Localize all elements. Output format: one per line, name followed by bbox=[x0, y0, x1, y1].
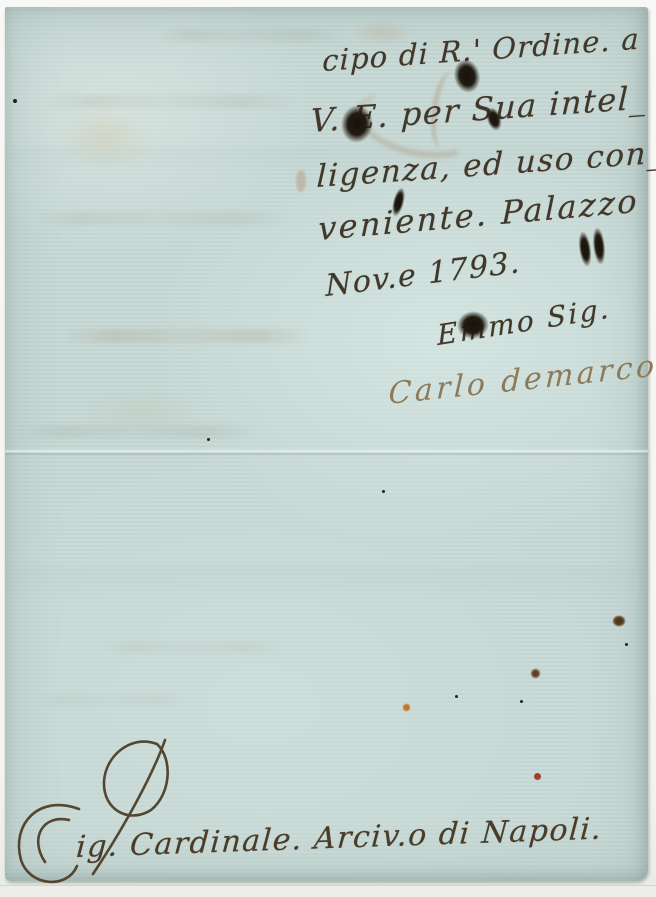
speck bbox=[625, 643, 628, 646]
letter-date-line: Nov.e 1793. bbox=[325, 245, 522, 304]
stain-yellow bbox=[55, 105, 155, 171]
ink-blot bbox=[577, 230, 594, 267]
ink-blot bbox=[591, 226, 607, 265]
paper-sheet: cipo di R.' Ordine. a V. E. per Sua inte… bbox=[5, 7, 648, 881]
speck bbox=[382, 490, 385, 493]
bleedthrough-streak bbox=[60, 329, 310, 343]
speck bbox=[207, 438, 210, 441]
bleedthrough-streak bbox=[33, 212, 293, 225]
scan-background: cipo di R.' Ordine. a V. E. per Sua inte… bbox=[0, 0, 656, 897]
stain-brown-spot bbox=[530, 668, 541, 679]
bleedthrough-streak bbox=[100, 642, 285, 653]
speck bbox=[455, 695, 458, 698]
letter-line-4: veniente. Palazzo bbox=[318, 182, 639, 248]
stain-red-dot bbox=[534, 773, 541, 780]
speck bbox=[520, 700, 523, 703]
bleedthrough-streak bbox=[43, 95, 298, 108]
paper-tone-band bbox=[5, 567, 648, 597]
bleedthrough-streak bbox=[155, 29, 345, 41]
signature: Carlo demarco bbox=[388, 348, 656, 412]
speck bbox=[13, 99, 17, 103]
stain-faint bbox=[75, 387, 205, 437]
stain-dark-spot bbox=[612, 615, 626, 627]
stain-dash bbox=[296, 170, 306, 192]
stain-orange-spot bbox=[402, 703, 411, 712]
fold-crease bbox=[5, 450, 648, 455]
scanner-edge-strip bbox=[0, 885, 656, 897]
bleedthrough-streak bbox=[33, 695, 193, 706]
